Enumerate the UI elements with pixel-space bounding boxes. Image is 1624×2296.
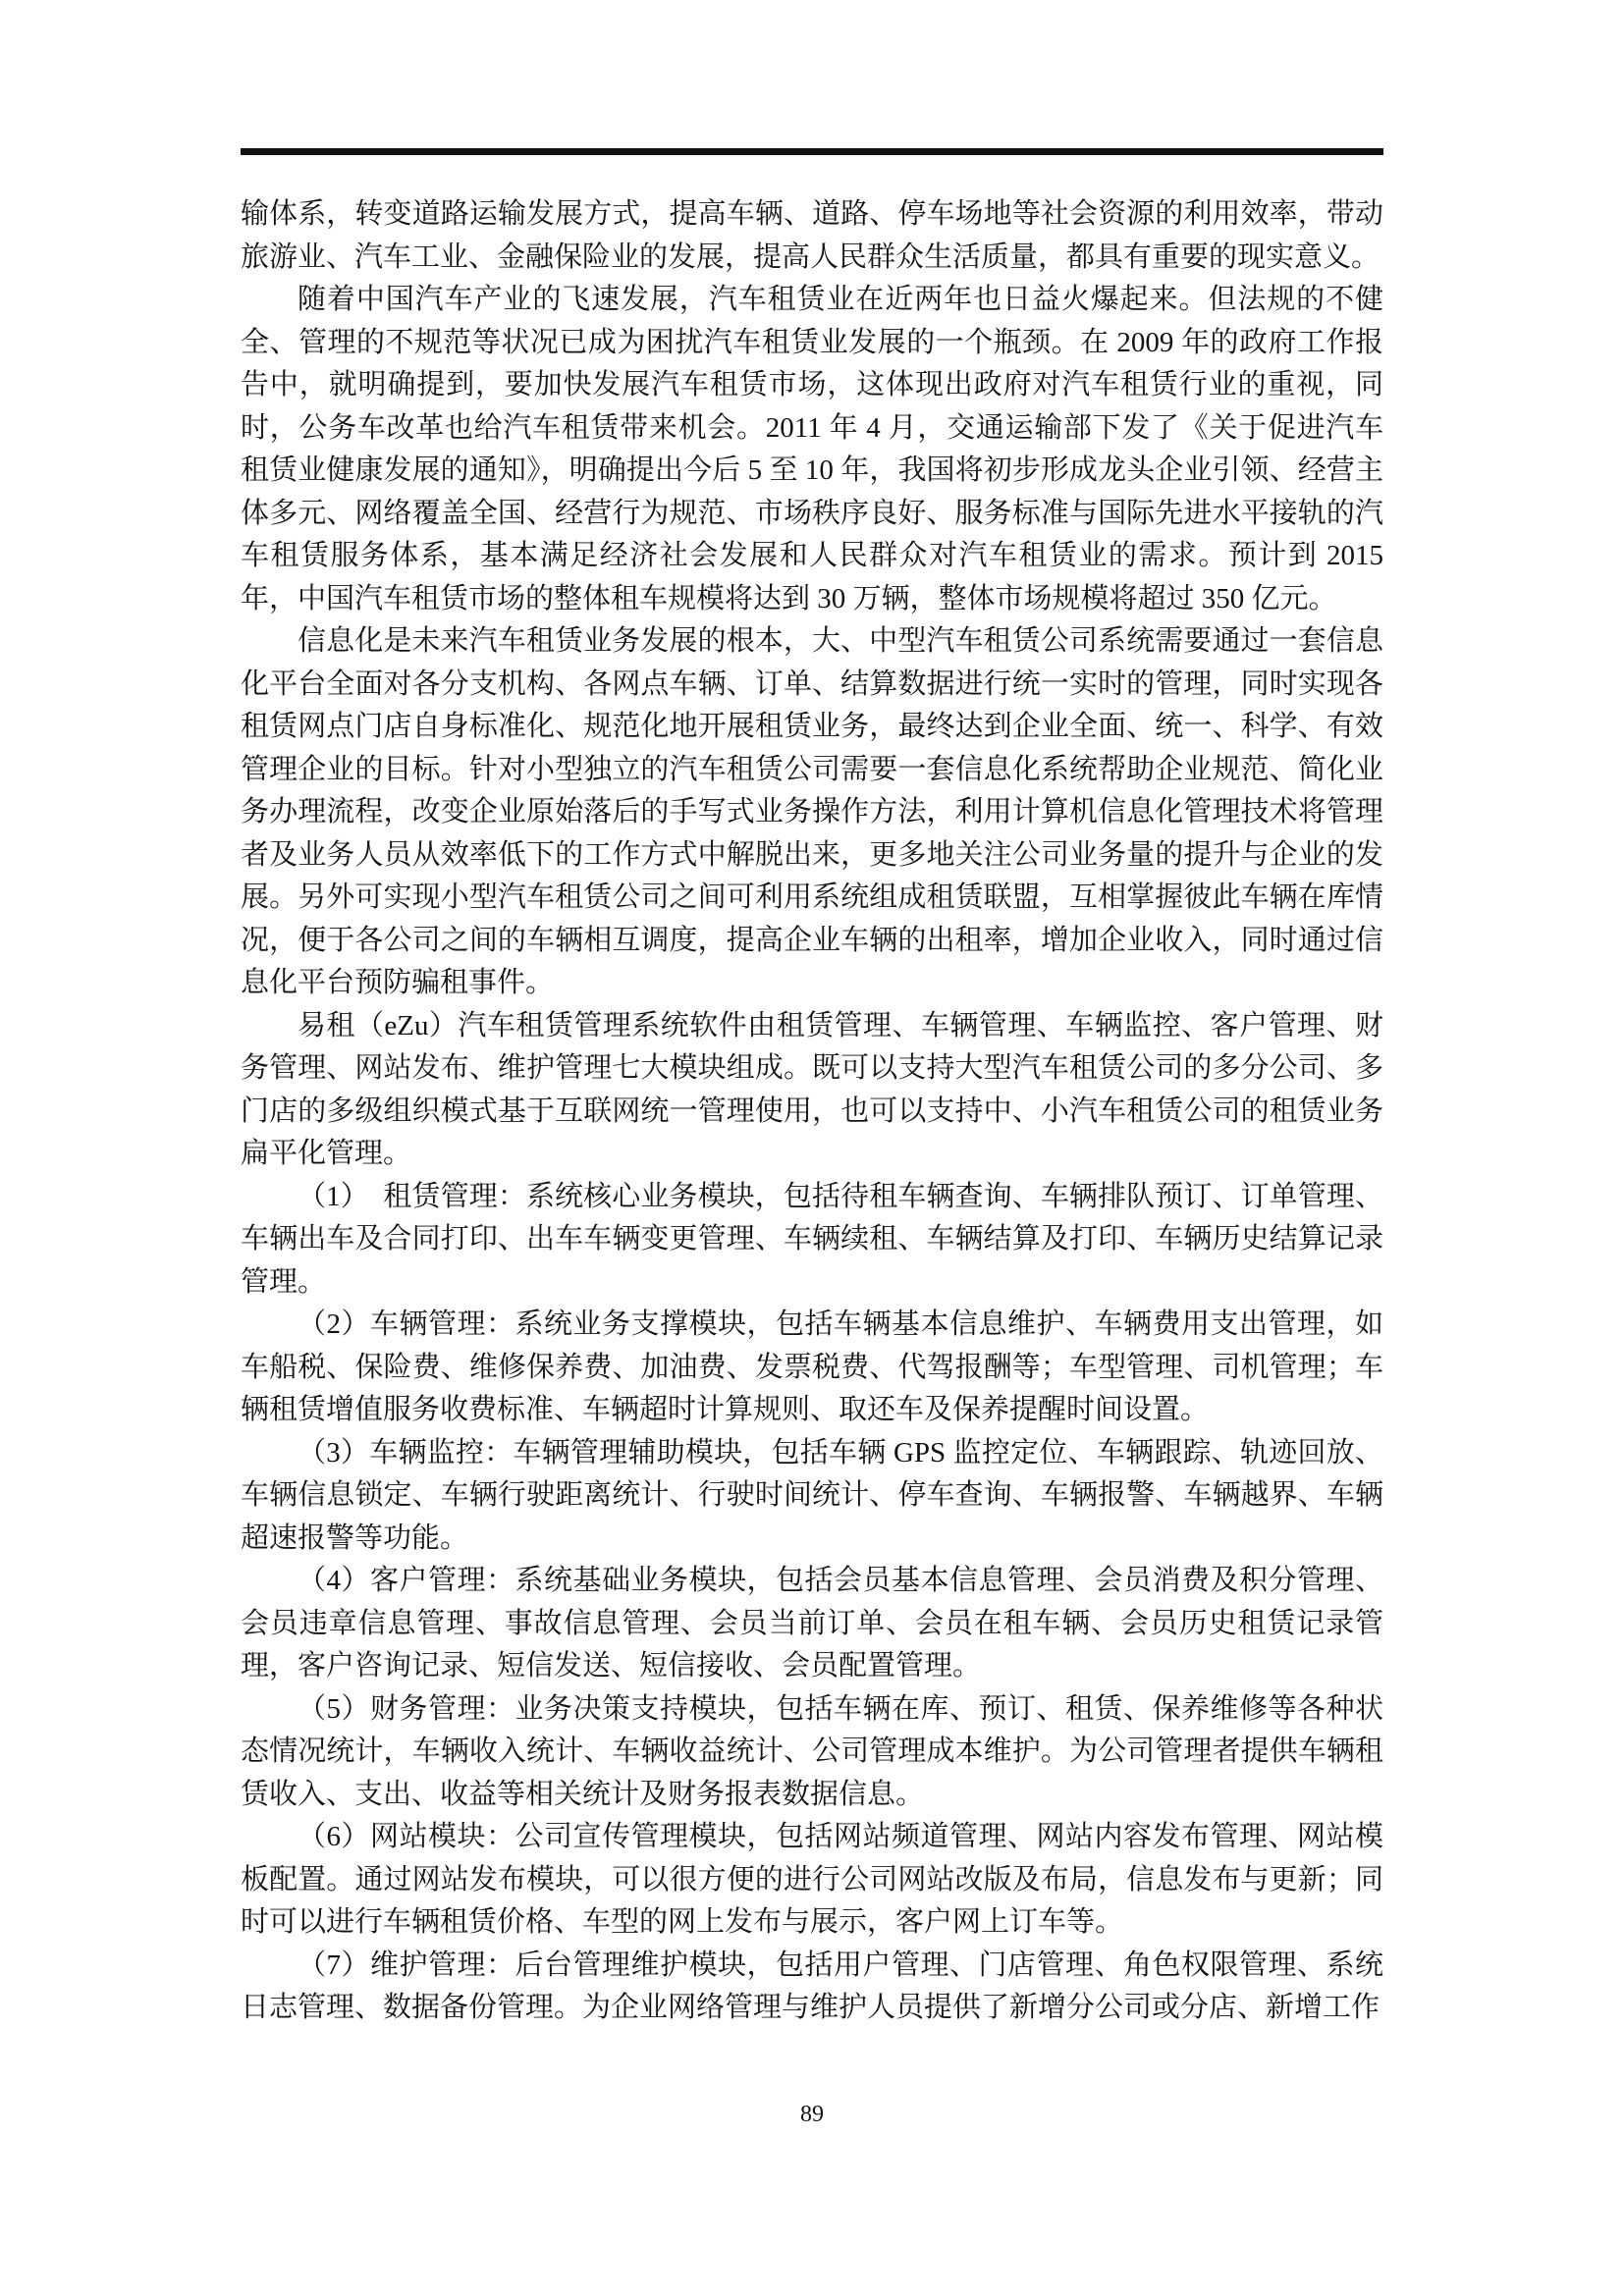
paragraph: （6）网站模块：公司宣传管理模块，包括网站频道管理、网站内容发布管理、网站模板配… bbox=[241, 1816, 1383, 1945]
document-body: 输体系，转变道路运输发展方式，提高车辆、道路、停车场地等社会资源的利用效率，带动… bbox=[241, 193, 1383, 2030]
paragraph: （1） 租赁管理：系统核心业务模块，包括待租车辆查询、车辆排队预订、订单管理、车… bbox=[241, 1176, 1383, 1305]
paragraph: （7）维护管理：后台管理维护模块，包括用户管理、门店管理、角色权限管理、系统日志… bbox=[241, 1945, 1383, 2030]
page-number: 89 bbox=[241, 2101, 1383, 2128]
header-rule bbox=[241, 148, 1383, 155]
paragraph: 输体系，转变道路运输发展方式，提高车辆、道路、停车场地等社会资源的利用效率，带动… bbox=[241, 193, 1383, 279]
paragraph: 随着中国汽车产业的飞速发展，汽车租赁业在近两年也日益火爆起来。但法规的不健全、管… bbox=[241, 279, 1383, 620]
paragraph: （5）财务管理：业务决策支持模块，包括车辆在库、预订、租赁、保养维修等各种状态情… bbox=[241, 1688, 1383, 1817]
paragraph: （3）车辆监控：车辆管理辅助模块，包括车辆 GPS 监控定位、车辆跟踪、轨迹回放… bbox=[241, 1432, 1383, 1561]
paragraph: （2）车辆管理：系统业务支撑模块，包括车辆基本信息维护、车辆费用支出管理，如车船… bbox=[241, 1304, 1383, 1432]
paragraph: （4）客户管理：系统基础业务模块，包括会员基本信息管理、会员消费及积分管理、会员… bbox=[241, 1560, 1383, 1688]
document-page: 输体系，转变道路运输发展方式，提高车辆、道路、停车场地等社会资源的利用效率，带动… bbox=[0, 0, 1624, 2296]
paragraph: 信息化是未来汽车租赁业务发展的根本，大、中型汽车租赁公司系统需要通过一套信息化平… bbox=[241, 620, 1383, 1005]
paragraph: 易租（eZu）汽车租赁管理系统软件由租赁管理、车辆管理、车辆监控、客户管理、财务… bbox=[241, 1005, 1383, 1176]
